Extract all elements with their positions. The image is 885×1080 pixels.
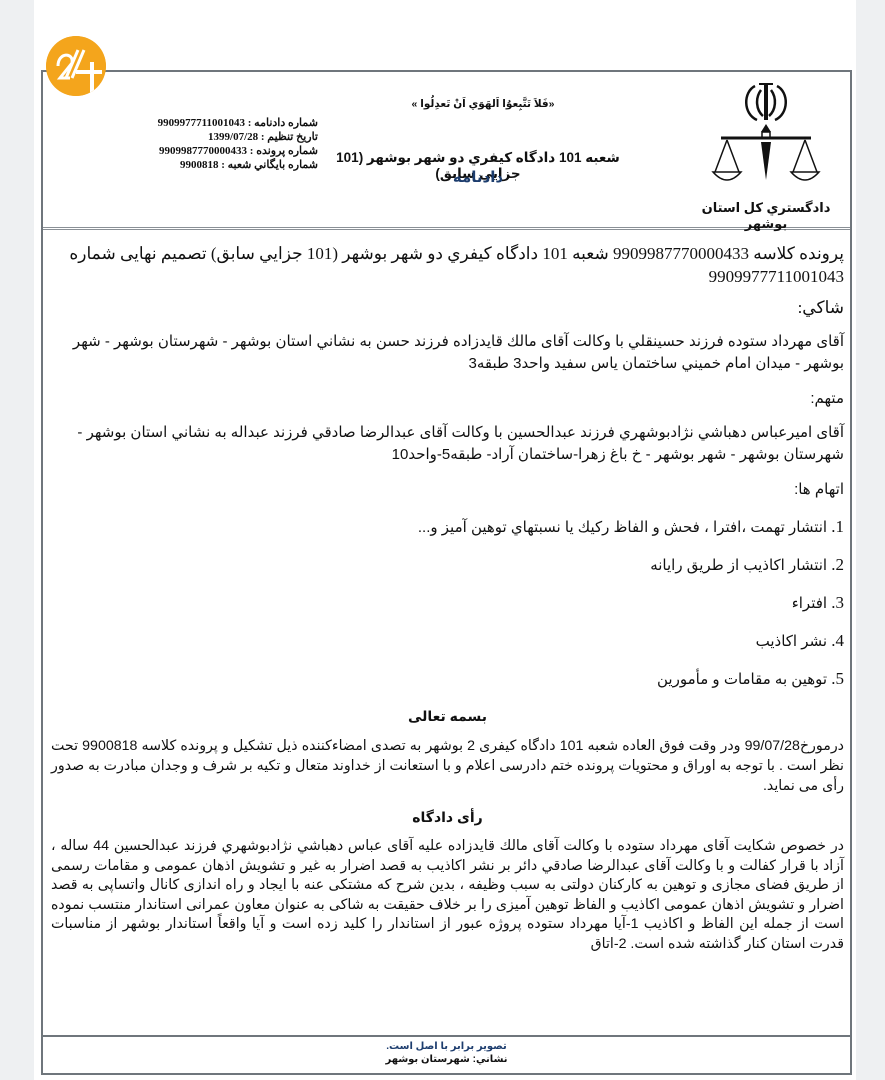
defendant-label: متهم: bbox=[51, 387, 844, 410]
session-paragraph: درمورخ99/07/28 ودر وقت فوق العاده شعبه 1… bbox=[51, 736, 844, 796]
judiciary-emblem: دادگستري كل استان بوشهر bbox=[696, 80, 836, 225]
charges-list: 1. انتشار تهمت ،افترا ، فحش و الفاظ ركيك… bbox=[51, 515, 844, 691]
plaintiff-details: آقای مهرداد ستوده فرزند حسينقلي با وكالت… bbox=[51, 331, 844, 375]
quran-verse: «فَلاَ تَتَّبِعوُا اَلهَوَي اَنْ تَعدِلُ… bbox=[383, 98, 583, 110]
verdict-heading: رأی دادگاه bbox=[51, 806, 844, 829]
certified-copy-note: تصوير برابر با اصل است. bbox=[43, 1040, 850, 1053]
case-metadata: شماره دادنامه : 9909977711001043 تاريخ ت… bbox=[123, 116, 318, 172]
court-name: دادگستري كل استان بوشهر bbox=[696, 200, 836, 232]
document-type-title: دادنامه bbox=[318, 168, 638, 186]
charge-item: 4. نشر اكاذيب bbox=[51, 629, 844, 653]
document-footer: تصوير برابر با اصل است. نشاني: شهرستان ب… bbox=[43, 1035, 850, 1073]
charge-item: 1. انتشار تهمت ،افترا ، فحش و الفاظ ركيك… bbox=[51, 515, 844, 539]
charge-item: 3. افتراء bbox=[51, 591, 844, 615]
meta-archive-number: شماره بايگاني شعبه : 9900818 bbox=[123, 158, 318, 172]
charges-label: اتهام ها: bbox=[51, 478, 844, 501]
document-body: پرونده كلاسه 9909987770000433 شعبه 101 د… bbox=[51, 242, 844, 954]
bismillah-heading: بسمه تعالی bbox=[51, 705, 844, 728]
meta-verdict-number: شماره دادنامه : 9909977711001043 bbox=[123, 116, 318, 130]
charge-item: 2. انتشار اكاذيب از طريق رايانه bbox=[51, 553, 844, 577]
case-intro: پرونده كلاسه 9909987770000433 شعبه 101 د… bbox=[51, 242, 844, 288]
meta-issue-date: تاريخ تنظيم : 1399/07/28 bbox=[123, 130, 318, 144]
scales-of-justice-icon bbox=[711, 80, 821, 198]
verdict-paragraph: در خصوص شكايت آقای مهرداد ستوده با وكالت… bbox=[51, 837, 844, 954]
document-header: شماره دادنامه : 9909977711001043 تاريخ ت… bbox=[43, 72, 850, 230]
footer-address: نشاني: شهرستان بوشهر bbox=[43, 1053, 850, 1066]
site-logo-24 bbox=[46, 36, 106, 96]
meta-case-number: شماره پرونده : 9909987770000433 bbox=[123, 144, 318, 158]
plaintiff-label: شاكي: bbox=[51, 296, 844, 319]
logo-24-icon bbox=[46, 36, 106, 96]
defendant-details: آقای اميرعباس دهباشي نژادبوشهري فرزند عب… bbox=[51, 422, 844, 466]
document-frame: شماره دادنامه : 9909977711001043 تاريخ ت… bbox=[41, 70, 852, 1075]
charge-item: 5. توهين به مقامات و مأمورين bbox=[51, 667, 844, 691]
